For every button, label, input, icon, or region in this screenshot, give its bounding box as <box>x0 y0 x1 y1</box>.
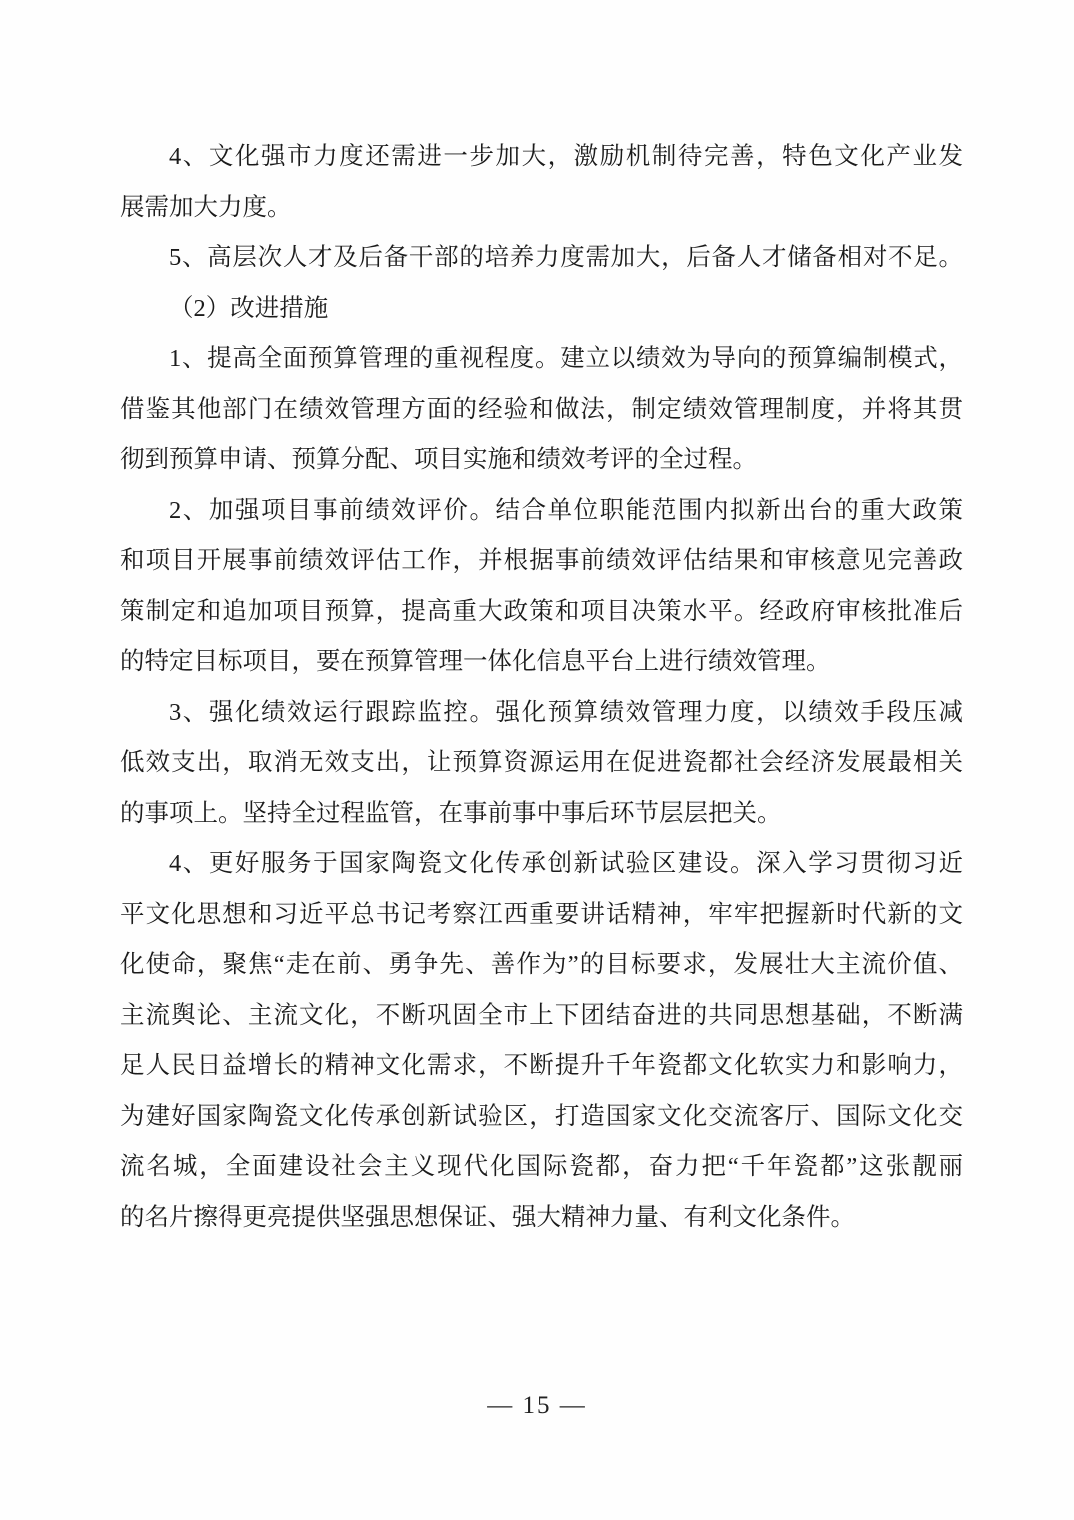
text-line: 流名城，全面建设社会主义现代化国际瓷都，奋力把“千年瓷都”这张靓丽 <box>120 1142 963 1193</box>
text-line: 2、加强项目事前绩效评价。结合单位职能范围内拟新出台的重大政策 <box>120 486 963 537</box>
text-line: 彻到预算申请、预算分配、项目实施和绩效考评的全过程。 <box>120 435 963 486</box>
text-line: 主流舆论、主流文化，不断巩固全市上下团结奋进的共同思想基础，不断满 <box>120 991 963 1042</box>
text-line: 的事项上。坚持全过程监管，在事前事中事后环节层层把关。 <box>120 789 963 840</box>
document-page: 4、文化强市力度还需进一步加大，激励机制待完善，特色文化产业发展需加大力度。5、… <box>0 0 1074 1520</box>
text-line: 展需加大力度。 <box>120 183 963 234</box>
text-line: 为建好国家陶瓷文化传承创新试验区，打造国家文化交流客厅、国际文化交 <box>120 1092 963 1143</box>
text-line: 的名片擦得更亮提供坚强思想保证、强大精神力量、有利文化条件。 <box>120 1193 963 1244</box>
text-line: 足人民日益增长的精神文化需求，不断提升千年瓷都文化软实力和影响力， <box>120 1041 963 1092</box>
document-body: 4、文化强市力度还需进一步加大，激励机制待完善，特色文化产业发展需加大力度。5、… <box>120 132 963 1243</box>
text-line: 4、更好服务于国家陶瓷文化传承创新试验区建设。深入学习贯彻习近 <box>120 839 963 890</box>
text-line: 4、文化强市力度还需进一步加大，激励机制待完善，特色文化产业发 <box>120 132 963 183</box>
page-number: — 15 — <box>0 1392 1074 1420</box>
text-line: 和项目开展事前绩效评估工作，并根据事前绩效评估结果和审核意见完善政 <box>120 536 963 587</box>
text-line: 3、强化绩效运行跟踪监控。强化预算绩效管理力度，以绩效手段压减 <box>120 688 963 739</box>
text-line: 5、高层次人才及后备干部的培养力度需加大，后备人才储备相对不足。 <box>120 233 963 284</box>
text-line: 1、提高全面预算管理的重视程度。建立以绩效为导向的预算编制模式， <box>120 334 963 385</box>
text-line: 平文化思想和习近平总书记考察江西重要讲话精神，牢牢把握新时代新的文 <box>120 890 963 941</box>
text-line: 的特定目标项目，要在预算管理一体化信息平台上进行绩效管理。 <box>120 637 963 688</box>
section-heading: （2）改进措施 <box>120 284 963 335</box>
text-line: 低效支出，取消无效支出，让预算资源运用在促进瓷都社会经济发展最相关 <box>120 738 963 789</box>
text-line: 策制定和追加项目预算，提高重大政策和项目决策水平。经政府审核批准后 <box>120 587 963 638</box>
text-line: 化使命，聚焦“走在前、勇争先、善作为”的目标要求，发展壮大主流价值、 <box>120 940 963 991</box>
text-line: 借鉴其他部门在绩效管理方面的经验和做法，制定绩效管理制度，并将其贯 <box>120 385 963 436</box>
